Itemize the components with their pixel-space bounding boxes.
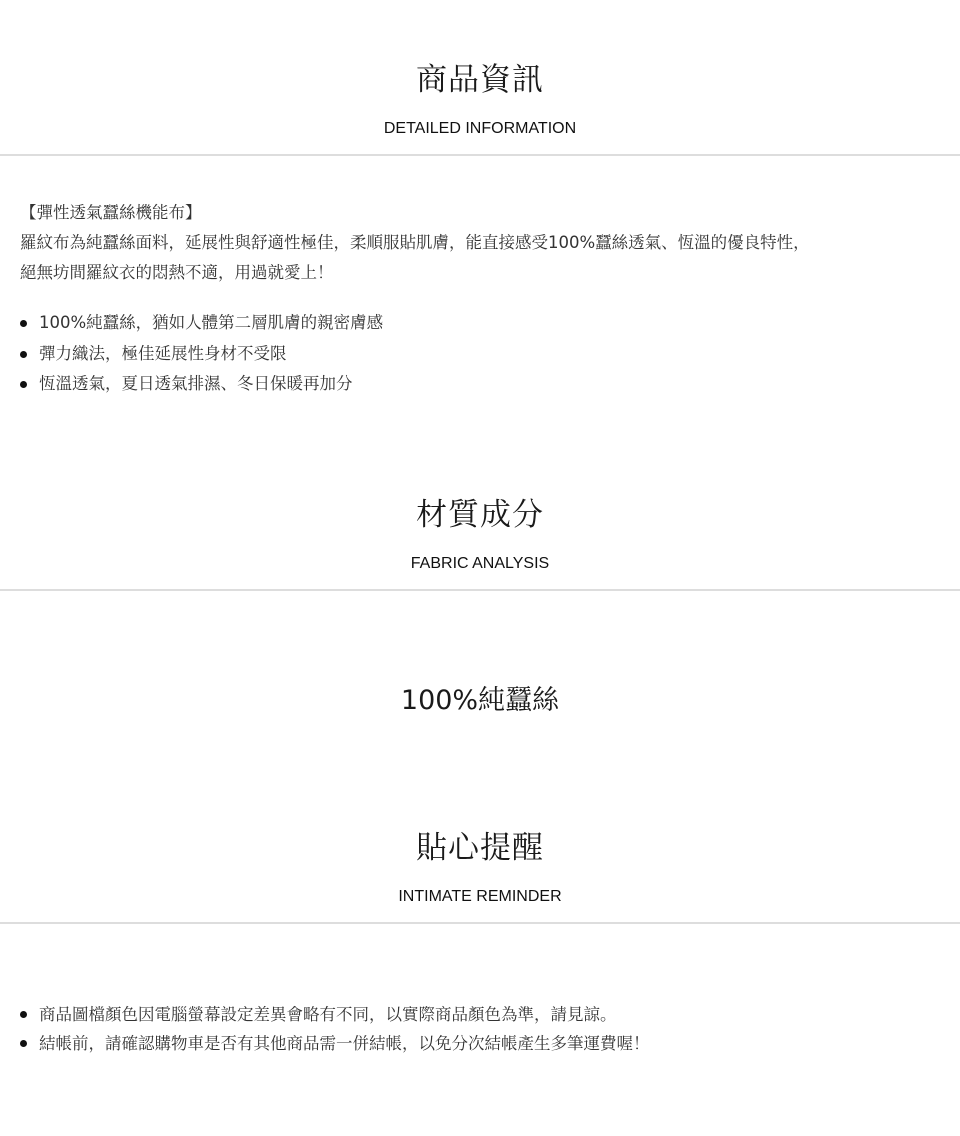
section-header-intimate-reminder: 貼心提醒 INTIMATE REMINDER [0,828,960,907]
bullet-icon [20,351,27,358]
section-header-fabric-analysis: 材質成分 FABRIC ANALYSIS [0,495,960,574]
list-item: 結帳前，請確認購物車是否有其他商品需一併結帳，以免分次結帳產生多筆運費喔！ [20,1029,945,1058]
description-line: 絕無坊間羅紋衣的悶熱不適，用過就愛上！ [20,258,945,288]
description-line: 羅紋布為純蠶絲面料，延展性與舒適性極佳，柔順服貼肌膚，能直接感受100%蠶絲透氣… [20,228,945,258]
reminder-list: 商品圖檔顏色因電腦螢幕設定差異會略有不同，以實際商品顏色為準，請見諒。 結帳前，… [20,1000,945,1058]
list-item: 商品圖檔顏色因電腦螢幕設定差異會略有不同，以實際商品顏色為準，請見諒。 [20,1000,945,1029]
bullet-icon [20,1011,27,1018]
divider [0,922,960,924]
section-header-detailed-info: 商品資訊 DETAILED INFORMATION [0,60,960,139]
divider [0,154,960,156]
section-title: 貼心提醒 [0,828,960,868]
list-item: 100%純蠶絲，猶如人體第二層肌膚的親密膚感 [20,308,945,339]
list-item-text: 恆溫透氣，夏日透氣排濕、冬日保暖再加分 [39,374,353,393]
feature-heading: 【彈性透氣蠶絲機能布】 [20,198,945,228]
section-subtitle: FABRIC ANALYSIS [0,554,960,574]
section-title: 材質成分 [0,495,960,535]
list-item-text: 彈力織法，極佳延展性身材不受限 [39,344,287,363]
fabric-composition: 100%純蠶絲 [0,683,960,719]
section-subtitle: DETAILED INFORMATION [0,119,960,139]
section-subtitle: INTIMATE REMINDER [0,887,960,907]
bullet-icon [20,381,27,388]
list-item: 彈力織法，極佳延展性身材不受限 [20,339,945,370]
bullet-icon [20,1040,27,1047]
list-item: 恆溫透氣，夏日透氣排濕、冬日保暖再加分 [20,369,945,400]
list-item-text: 結帳前，請確認購物車是否有其他商品需一併結帳，以免分次結帳產生多筆運費喔！ [39,1034,650,1053]
list-item-text: 商品圖檔顏色因電腦螢幕設定差異會略有不同，以實際商品顏色為準，請見諒。 [39,1005,617,1024]
section-title: 商品資訊 [0,60,960,100]
divider [0,589,960,591]
product-description: 【彈性透氣蠶絲機能布】 羅紋布為純蠶絲面料，延展性與舒適性極佳，柔順服貼肌膚，能… [20,198,945,288]
list-item-text: 100%純蠶絲，猶如人體第二層肌膚的親密膚感 [39,313,383,332]
bullet-icon [20,320,27,327]
feature-list: 100%純蠶絲，猶如人體第二層肌膚的親密膚感 彈力織法，極佳延展性身材不受限 恆… [20,308,945,400]
